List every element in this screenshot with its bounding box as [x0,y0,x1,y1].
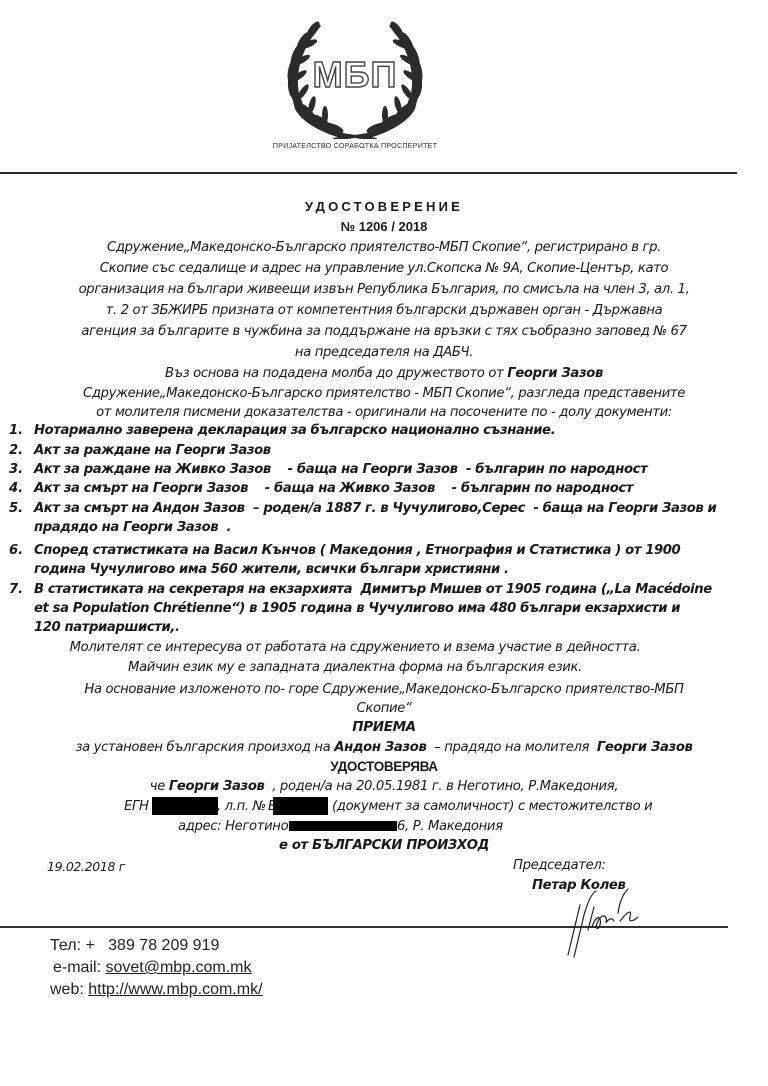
list-item: Акт за раждане на Живко Зазов - баща на … [34,460,659,479]
document-title: УДОСТОВЕРЕНИЕ [0,199,768,214]
footer-web: web: http://www.mbp.com.mk/ [50,979,263,1001]
basis-line: На основание изложеното по- горе Сдружен… [0,680,768,699]
phone-number: 389 78 209 919 [108,937,219,954]
redacted-id-number [273,797,328,815]
applicant-name: Георги Зазов [507,366,603,381]
redacted-egn [152,797,218,815]
certifies-line: че Георги Зазов , роден/а на 20.05.1981 … [0,777,768,796]
ancestor-name: Андон Зазов [334,740,426,755]
intro-line: агенция за българите в чужбина за поддър… [0,322,768,341]
list-item: В статистиката на секретаря на екзархият… [34,580,659,599]
document-number: № 1206 / 2018 [0,219,768,234]
address-prefix: адрес: Неготино [178,817,292,836]
id-suffix: (документ за самоличност) с местожителст… [332,797,652,816]
email-link[interactable]: sovet@mbp.com.mk [105,959,251,976]
applicant-name: Георги Зазов [597,740,693,755]
list-item-number: 3. [9,460,23,479]
list-item: Нотариално заверена декларация за българ… [34,421,659,440]
list-item-number: 2. [9,441,23,460]
issue-date: 19.02.2018 г [47,857,125,876]
applicant-name: Георги Зазов [169,779,265,794]
list-item: Акт за раждане на Георги Зазов [34,441,659,460]
list-item-number: 4. [9,479,23,498]
address-suffix: 6, Р. Македония [397,817,503,836]
accepts-heading: ПРИЕМА [0,718,768,737]
intro-line: Скопие със седалище и адрес на управлени… [0,259,768,278]
list-item-continuation: 120 патриаршисти,. [34,618,659,637]
footer-phone: Тел: + 389 78 209 919 [50,935,219,957]
accepts-line: за установен българския произход на Андо… [0,738,768,757]
website-link[interactable]: http://www.mbp.com.mk/ [88,981,262,998]
list-item-continuation: година Чучулигово има 560 жители, всички… [34,560,659,579]
footer-email: e-mail: sovet@mbp.com.mk [53,957,252,979]
header-divider [0,172,737,174]
basis-line: Скопие“ [0,699,768,718]
applicant-note: Молителят се интересува от работата на с… [0,638,710,657]
review-line: Сдружение„Македонско-Българско приятелст… [0,384,768,403]
request-line: Въз основа на подадена молба до дружеств… [0,364,768,383]
conclusion: е от БЪЛГАРСКИ ПРОИЗХОД [0,836,768,855]
certifies-heading: УДОСТОВЕРЯВА [0,757,768,776]
list-item-continuation: прадядо на Георги Зазов . [34,518,659,537]
list-item-number: 1. [9,421,23,440]
egn-label: ЕГН [124,797,149,816]
list-item-number: 7. [9,580,23,599]
logo-text: МБП [255,54,455,96]
intro-line: т. 2 от ЗБЖИРБ призната от компетентния … [0,301,768,320]
list-item: Акт за смърт на Георги Зазов - баща на Ж… [34,479,659,498]
signature-icon [558,885,668,965]
mbp-logo: МБП [255,14,455,139]
list-item-number: 6. [9,541,23,560]
signatory-title: Председател: [513,856,606,875]
list-item-number: 5. [9,499,23,518]
logo-tagline: ПРИЈАТЕЛСТВО СОРАБОТКА ПРОСПЕРИТЕТ [240,141,470,150]
intro-line: Сдружение„Македонско-Българско приятелст… [0,238,768,257]
applicant-note: Майчин език му е западната диалектна фор… [0,658,710,677]
redacted-address [289,821,397,831]
id-label: , л.п. № [217,797,266,816]
list-item: Според статистиката на Васил Кънчов ( Ма… [34,541,659,560]
review-line: от молителя писмени доказателства - ориг… [0,403,768,422]
intro-line: на председателя на ДАБЧ. [0,343,768,362]
list-item: Акт за смърт на Андон Зазов – роден/а 18… [34,499,659,518]
intro-line: организация на българи живеещи извън Реп… [0,280,768,299]
list-item-continuation: et sa Population Chrétienne“) в 1905 год… [34,599,659,618]
